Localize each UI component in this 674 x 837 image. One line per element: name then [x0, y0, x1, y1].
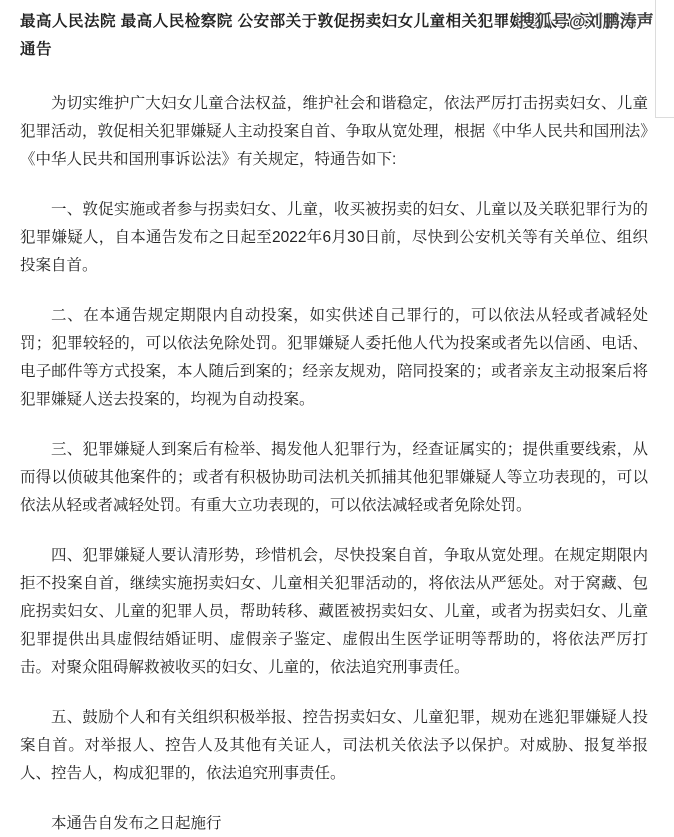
clipped-side-panel-border [655, 0, 674, 118]
notice-paragraph-item-1: 一、敦促实施或者参与拐卖妇女、儿童，收买被拐卖的妇女、儿童以及关联犯罪行为的犯罪… [20, 196, 648, 280]
notice-paragraph-item-4: 四、犯罪嫌疑人要认清形势，珍惜机会，尽快投案自首，争取从宽处理。在规定期限内拒不… [20, 542, 648, 682]
sohu-watermark: 搜狐号@刘鹏涛声 [518, 7, 654, 32]
notice-paragraph-intro: 为切实维护广大妇女儿童合法权益，维护社会和谐稳定，依法严厉打击拐卖妇女、儿童犯罪… [20, 90, 648, 174]
notice-paragraph-item-5: 五、鼓励个人和有关组织积极举报、控告拐卖妇女、儿童犯罪，规劝在逃犯罪嫌疑人投案自… [20, 704, 648, 788]
notice-paragraph-effective-date: 本通告自发布之日起施行 [20, 810, 648, 837]
notice-paragraph-item-2: 二、在本通告规定期限内自动投案，如实供述自己罪行的，可以依法从轻或者减轻处罚；犯… [20, 302, 648, 414]
article-page: 搜狐号@刘鹏涛声 最高人民法院 最高人民检察院 公安部关于敦促拐卖妇女儿童相关犯… [0, 0, 674, 837]
notice-paragraph-item-3: 三、犯罪嫌疑人到案后有检举、揭发他人犯罪行为，经查证属实的；提供重要线索，从而得… [20, 436, 648, 520]
notice-body: 为切实维护广大妇女儿童合法权益，维护社会和谐稳定，依法严厉打击拐卖妇女、儿童犯罪… [20, 90, 648, 837]
